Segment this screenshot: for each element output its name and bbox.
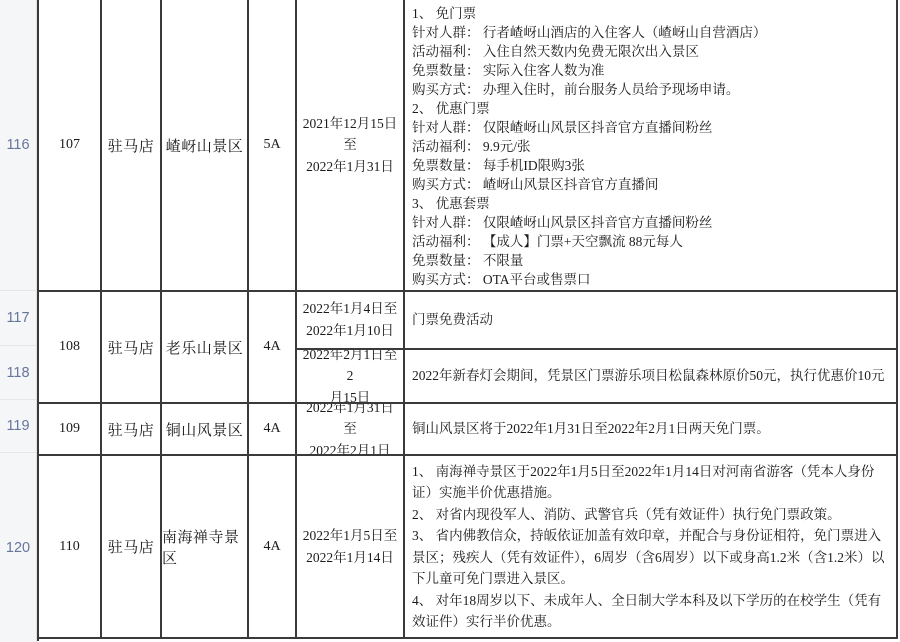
cell-dates-117[interactable]: 2022年1月4日至 2022年1月10日 [297,292,405,350]
gutter-band-118[interactable]: 118 [0,346,36,400]
cell-grade-120[interactable]: 4A [249,456,297,639]
cell-name-120[interactable]: 南海禅寺景区 [162,456,249,639]
cell-policy-116[interactable]: 1、 免门票 针对人群： 行者嵖岈山酒店的入住客人（嵖岈山自营酒店） 活动福利：… [405,0,898,292]
cell-seq-119[interactable]: 109 [39,404,102,456]
row-number-118[interactable]: 118 [6,365,29,381]
cell-dates-119[interactable]: 2022年1月31日至 2022年2月1日 [297,404,405,456]
cell-grade-116[interactable]: 5A [249,0,297,292]
cell-name-116[interactable]: 嵖岈山景区 [162,0,249,292]
cell-policy-118[interactable]: 2022年新春灯会期间，凭景区门票游乐项目松鼠森林原价50元，执行优惠价10元 [405,350,898,404]
discount-policy-table: 107 驻马店 嵖岈山景区 5A 2021年12月15日至 2022年1月31日… [37,0,898,641]
cell-grade-119[interactable]: 4A [249,404,297,456]
cell-city-117-118[interactable]: 驻马店 [102,292,162,404]
cell-seq-116[interactable]: 107 [39,0,102,292]
row-number-gutter: 116 117 118 119 120 [0,0,37,642]
cell-seq-120[interactable]: 110 [39,456,102,639]
cell-city-119[interactable]: 驻马店 [102,404,162,456]
cell-policy-120[interactable]: 1、 南海禅寺景区于2022年1月5日至2022年1月14日对河南省游客（凭本人… [405,456,898,639]
gutter-band-119[interactable]: 119 [0,400,36,453]
gutter-band-120[interactable]: 120 [0,453,36,642]
cell-dates-116[interactable]: 2021年12月15日至 2022年1月31日 [297,0,405,292]
cell-dates-120[interactable]: 2022年1月5日至 2022年1月14日 [297,456,405,639]
cell-name-117-118[interactable]: 老乐山景区 [162,292,249,404]
spreadsheet-preview: 116 117 118 119 120 107 驻马店 嵖岈山景区 5A 202… [0,0,900,642]
cell-policy-119[interactable]: 铜山风景区将于2022年1月31日至2022年2月1日两天免门票。 [405,404,898,456]
cell-seq-117-118[interactable]: 108 [39,292,102,404]
row-number-116[interactable]: 116 [6,137,29,153]
row-number-120[interactable]: 120 [6,540,30,556]
cell-name-119[interactable]: 铜山风景区 [162,404,249,456]
cell-city-120[interactable]: 驻马店 [102,456,162,639]
cell-dates-118[interactable]: 2022年2月1日至2 月15日 [297,350,405,404]
cell-city-116[interactable]: 驻马店 [102,0,162,292]
cell-grade-117-118[interactable]: 4A [249,292,297,404]
cell-policy-117[interactable]: 门票免费活动 [405,292,898,350]
row-number-117[interactable]: 117 [6,310,29,326]
gutter-band-117[interactable]: 117 [0,291,36,346]
row-number-119[interactable]: 119 [6,418,29,434]
gutter-band-116[interactable]: 116 [0,0,36,291]
